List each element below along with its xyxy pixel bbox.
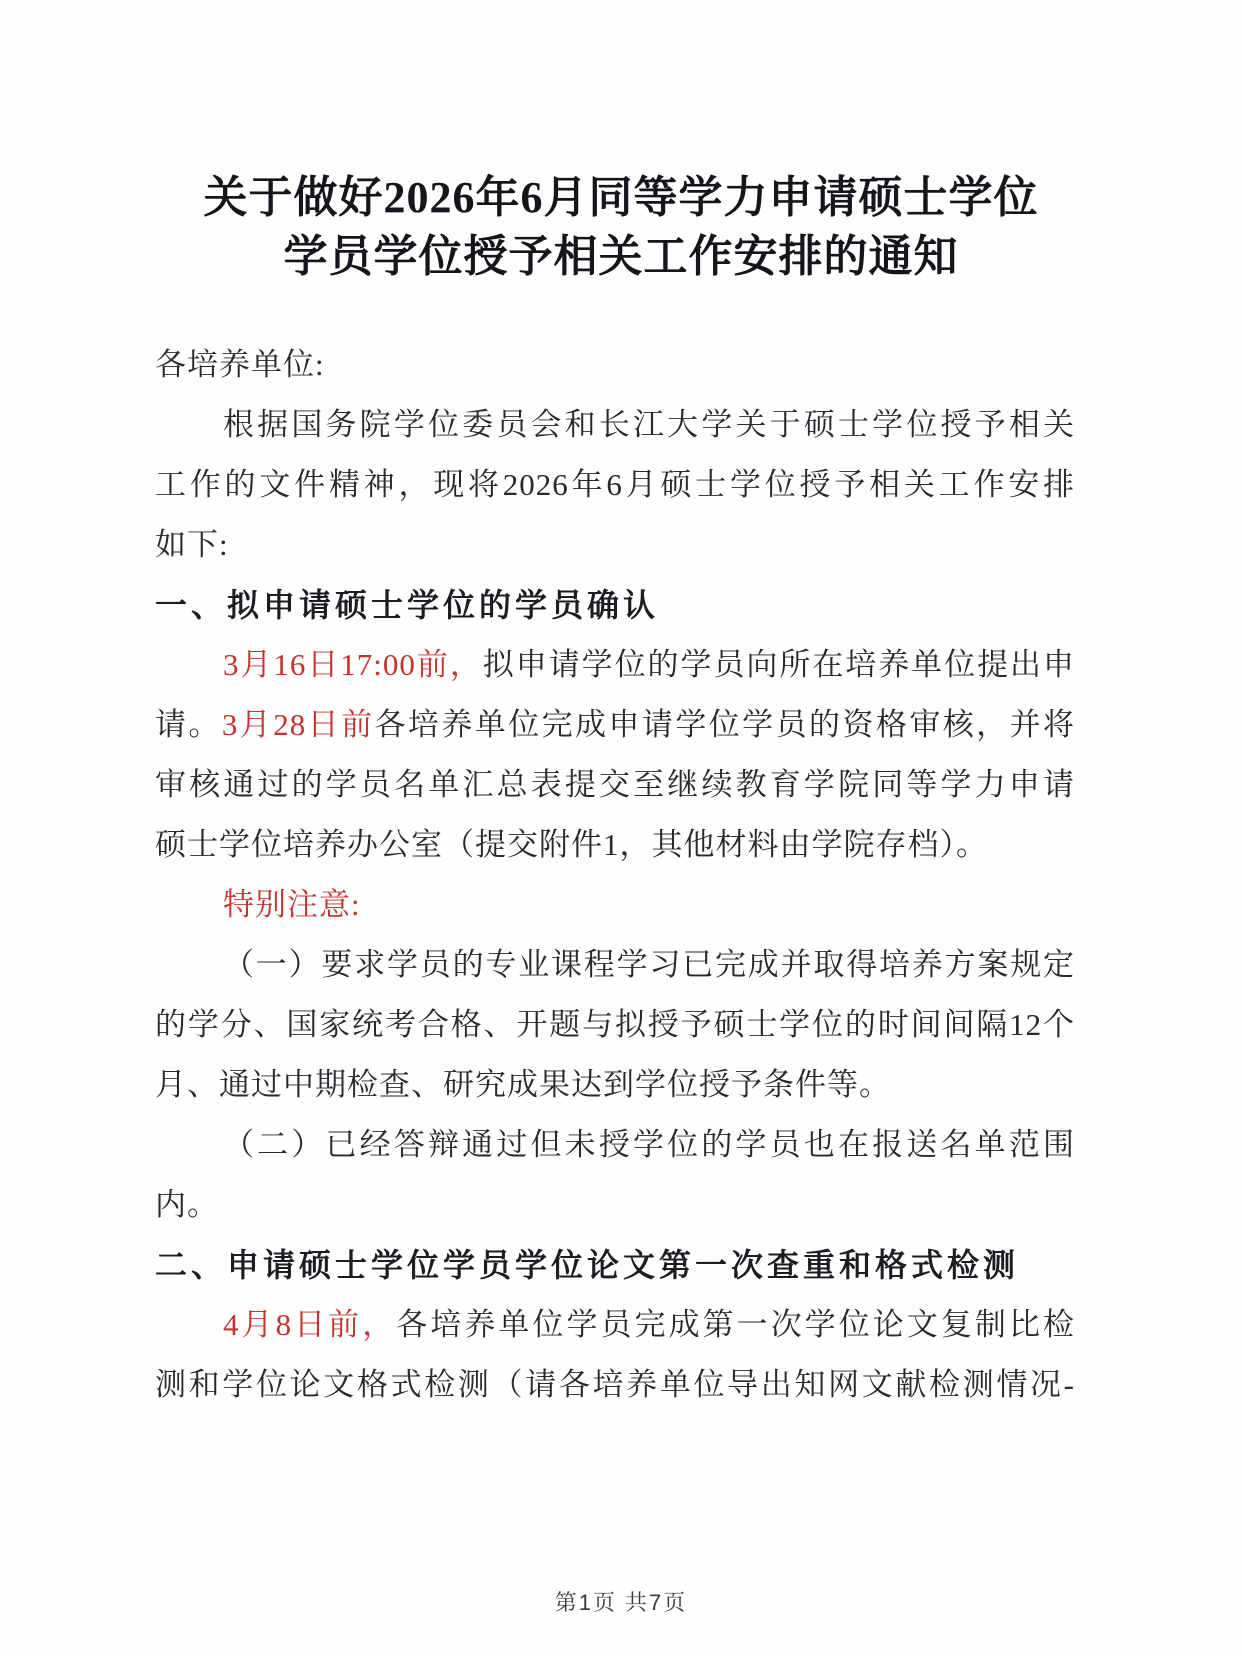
document-line: （一）要求学员的专业课程学习已完成并取得培养方案规定 (155, 935, 1075, 995)
red-highlight-text: 3月16日17:00前， (223, 647, 483, 682)
text-segment: （二）已经答辩通过但未授学位的学员也在报送名单范围 (223, 1127, 1075, 1162)
document-line: 各培养单位: (155, 335, 1075, 395)
text-segment: 拟申请学位的学员向所在培养单位提出申 (483, 647, 1075, 682)
red-highlight-text: 特别注意: (223, 887, 361, 922)
document-line: 4月8日前，各培养单位学员完成第一次学位论文复制比检 (155, 1295, 1075, 1355)
document-line: 的学分、国家统考合格、开题与拟授予硕士学位的时间间隔12个 (155, 995, 1075, 1055)
red-highlight-text: 3月28日前 (222, 707, 375, 742)
text-segment: 各培养单位: (155, 347, 325, 382)
document-line: （二）已经答辩通过但未授学位的学员也在报送名单范围 (155, 1115, 1075, 1175)
document-line: 硕士学位培养办公室（提交附件1，其他材料由学院存档）。 (155, 815, 1075, 875)
section-heading: 一、拟申请硕士学位的学员确认 (155, 575, 1075, 635)
document-title-line-2: 学员学位授予相关工作安排的通知 (0, 227, 1242, 286)
document-line: 3月16日17:00前，拟申请学位的学员向所在培养单位提出申 (155, 635, 1075, 695)
text-segment: 请。 (155, 707, 222, 742)
document-line: 请。3月28日前各培养单位完成申请学位学员的资格审核，并将 (155, 695, 1075, 755)
document-body: 各培养单位:根据国务院学位委员会和长江大学关于硕士学位授予相关工作的文件精神，现… (155, 335, 1075, 1415)
document-title-line-1: 关于做好2026年6月同等学力申请硕士学位 (0, 168, 1242, 227)
text-segment: 硕士学位培养办公室（提交附件1，其他材料由学院存档）。 (155, 827, 988, 862)
document-line: 审核通过的学员名单汇总表提交至继续教育学院同等学力申请 (155, 755, 1075, 815)
text-segment: 工作的文件精神，现将2026年6月硕士学位授予相关工作安排 (155, 467, 1075, 502)
document-line: 工作的文件精神，现将2026年6月硕士学位授予相关工作安排 (155, 455, 1075, 515)
text-segment: 二、申请硕士学位学员学位论文第一次查重和格式检测 (155, 1247, 1019, 1283)
text-segment: 如下: (155, 527, 229, 562)
document-line: 特别注意: (155, 875, 1075, 935)
text-segment: 的学分、国家统考合格、开题与拟授予硕士学位的时间间隔12个 (155, 1007, 1075, 1042)
text-segment: 审核通过的学员名单汇总表提交至继续教育学院同等学力申请 (155, 767, 1075, 802)
page-number-footer: 第1页 共7页 (0, 1588, 1242, 1618)
text-segment: 测和学位论文格式检测（请各培养单位导出知网文献检测情况- (155, 1367, 1075, 1402)
document-title: 关于做好2026年6月同等学力申请硕士学位 学员学位授予相关工作安排的通知 (0, 168, 1242, 286)
text-segment: 内。 (155, 1187, 219, 1222)
text-segment: 根据国务院学位委员会和长江大学关于硕士学位授予相关 (223, 407, 1075, 442)
red-highlight-text: 4月8日前， (223, 1307, 396, 1342)
text-segment: 一、拟申请硕士学位的学员确认 (155, 587, 659, 623)
document-line: 如下: (155, 515, 1075, 575)
document-page: 关于做好2026年6月同等学力申请硕士学位 学员学位授予相关工作安排的通知 各培… (0, 0, 1242, 1656)
text-segment: 各培养单位完成申请学位学员的资格审核，并将 (375, 707, 1076, 742)
document-line: 内。 (155, 1175, 1075, 1235)
text-segment: 各培养单位学员完成第一次学位论文复制比检 (396, 1307, 1075, 1342)
document-line: 测和学位论文格式检测（请各培养单位导出知网文献检测情况- (155, 1355, 1075, 1415)
document-line: 根据国务院学位委员会和长江大学关于硕士学位授予相关 (155, 395, 1075, 455)
text-segment: 月、通过中期检查、研究成果达到学位授予条件等。 (155, 1067, 891, 1102)
text-segment: （一）要求学员的专业课程学习已完成并取得培养方案规定 (223, 947, 1075, 982)
section-heading: 二、申请硕士学位学员学位论文第一次查重和格式检测 (155, 1235, 1075, 1295)
document-line: 月、通过中期检查、研究成果达到学位授予条件等。 (155, 1055, 1075, 1115)
